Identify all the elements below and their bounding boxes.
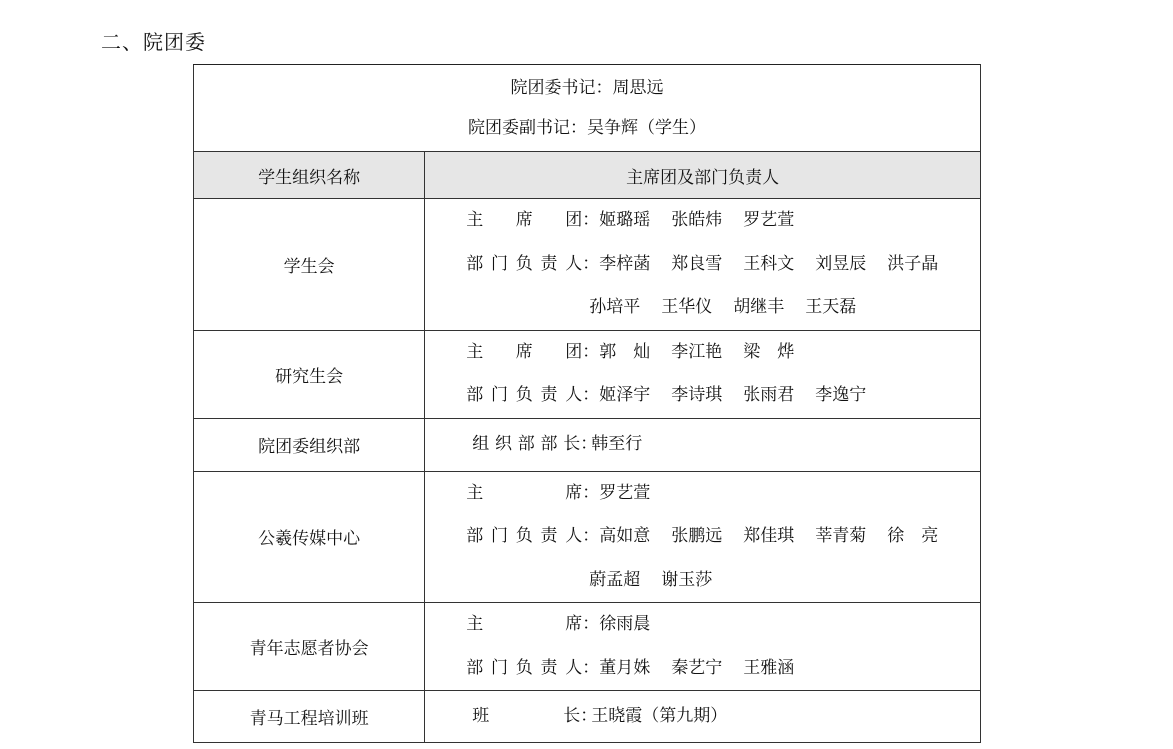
secretary-text: 院团委书记：周思远 [194, 65, 980, 108]
role-label: 班长 [472, 691, 580, 742]
role-label: 主席团 [466, 199, 582, 243]
leader-line-continued: 孙培平 王华仪 胡继丰 王天磊 [466, 286, 980, 330]
table-header-row: 学生组织名称 主席团及部门负责人 [194, 152, 981, 199]
person-name: 董月姝 [599, 647, 650, 691]
names-list: 董月姝 秦艺宁 王雅涵 [599, 647, 815, 691]
table-row: 青马工程培训班 班长： 王晓霞（第九期） [194, 691, 981, 743]
leader-line: 班长： 王晓霞（第九期） [466, 691, 980, 742]
org-name-cell: 研究生会 [194, 330, 425, 418]
table-row: 公羲传媒中心 主席： 罗艺萱 部门负责人： 高如意 张鹏远 郑佳琪 莘青菊 徐 … [194, 471, 981, 603]
leaders-cell: 主席： 徐雨晨 部门负责人： 董月姝 秦艺宁 王雅涵 [425, 603, 981, 691]
org-name-cell: 公羲传媒中心 [194, 471, 425, 603]
person-name: 张皓炜 [671, 199, 722, 243]
leaders-cell: 组织部部长： 韩至行 [425, 418, 981, 471]
leader-line: 组织部部长： 韩至行 [466, 419, 980, 470]
person-name: 刘昱辰 [815, 243, 866, 287]
person-name: 徐雨晨 [599, 603, 650, 647]
person-name: 莘青菊 [815, 515, 866, 559]
person-name: 孙培平 [589, 286, 640, 330]
person-name: 韩至行 [591, 419, 642, 470]
person-name: 李梓菡 [599, 243, 650, 287]
names-list: 徐雨晨 [599, 603, 671, 647]
person-name: 王雅涵 [743, 647, 794, 691]
leaders-cell: 主席团： 姬璐瑶 张皓炜 罗艺萱 部门负责人： 李梓菡 郑良雪 王科文 刘昱辰 … [425, 199, 981, 331]
person-name: 罗艺萱 [743, 199, 794, 243]
role-label: 部门负责人 [466, 647, 582, 691]
person-name: 姬璐瑶 [599, 199, 650, 243]
header-leaders: 主席团及部门负责人 [425, 152, 981, 199]
names-list: 韩至行 [591, 419, 663, 470]
person-name: 蔚孟超 [589, 559, 640, 603]
person-name: 张雨君 [743, 374, 794, 418]
leader-line-continued: 蔚孟超 谢玉莎 [466, 559, 980, 603]
leaders-cell: 主席： 罗艺萱 部门负责人： 高如意 张鹏远 郑佳琪 莘青菊 徐 亮 蔚孟超 [425, 471, 981, 603]
names-list: 罗艺萱 [599, 472, 671, 516]
person-name: 徐 亮 [887, 515, 938, 559]
person-name: 王科文 [743, 243, 794, 287]
table-row: 学生会 主席团： 姬璐瑶 张皓炜 罗艺萱 部门负责人： 李梓菡 郑良雪 王科文 … [194, 199, 981, 331]
org-name-cell: 青马工程培训班 [194, 691, 425, 743]
section-title: 二、院团委 [101, 28, 206, 56]
leaders-cell: 主席团： 郭 灿 李江艳 梁 烨 部门负责人： 姬泽宇 李诗琪 张雨君 李逸宁 [425, 330, 981, 418]
leader-line: 部门负责人： 李梓菡 郑良雪 王科文 刘昱辰 洪子晶 [466, 243, 980, 287]
person-name: 郑良雪 [671, 243, 722, 287]
person-name: 胡继丰 [733, 286, 784, 330]
person-name: 李江艳 [671, 331, 722, 375]
person-name: 谢玉莎 [661, 559, 712, 603]
role-label: 组织部部长 [472, 419, 580, 470]
names-list: 孙培平 王华仪 胡继丰 王天磊 [589, 286, 877, 330]
names-list: 姬璐瑶 张皓炜 罗艺萱 [599, 199, 815, 243]
person-name: 高如意 [599, 515, 650, 559]
org-table: 院团委书记：周思远 院团委副书记：吴争辉（学生） 学生组织名称 主席团及部门负责… [193, 64, 981, 743]
person-name: 姬泽宇 [599, 374, 650, 418]
role-label: 主席 [466, 603, 582, 647]
names-list: 高如意 张鹏远 郑佳琪 莘青菊 徐 亮 [599, 515, 959, 559]
role-label: 部门负责人 [466, 243, 582, 287]
person-name: 王天磊 [805, 286, 856, 330]
leader-line: 主席团： 姬璐瑶 张皓炜 罗艺萱 [466, 199, 980, 243]
person-name: 罗艺萱 [599, 472, 650, 516]
person-name: 郭 灿 [599, 331, 650, 375]
leader-line: 部门负责人： 姬泽宇 李诗琪 张雨君 李逸宁 [466, 374, 980, 418]
person-name: 李逸宁 [815, 374, 866, 418]
table-row: 青年志愿者协会 主席： 徐雨晨 部门负责人： 董月姝 秦艺宁 王雅涵 [194, 603, 981, 691]
leaders-cell: 班长： 王晓霞（第九期） [425, 691, 981, 743]
person-name: 梁 烨 [743, 331, 794, 375]
leader-line: 主席： 罗艺萱 [466, 472, 980, 516]
table-row: 研究生会 主席团： 郭 灿 李江艳 梁 烨 部门负责人： 姬泽宇 李诗琪 张雨君… [194, 330, 981, 418]
table-row: 院团委组织部 组织部部长： 韩至行 [194, 418, 981, 471]
person-name: 张鹏远 [671, 515, 722, 559]
person-name: 王华仪 [661, 286, 712, 330]
header-org-name: 学生组织名称 [194, 152, 425, 199]
person-name: 王晓霞（第九期） [591, 691, 727, 742]
role-label: 部门负责人 [466, 374, 582, 418]
names-list: 姬泽宇 李诗琪 张雨君 李逸宁 [599, 374, 887, 418]
names-list: 王晓霞（第九期） [591, 691, 748, 742]
leader-line: 部门负责人： 董月姝 秦艺宁 王雅涵 [466, 647, 980, 691]
org-name-cell: 院团委组织部 [194, 418, 425, 471]
leader-line: 部门负责人： 高如意 张鹏远 郑佳琪 莘青菊 徐 亮 [466, 515, 980, 559]
role-label: 部门负责人 [466, 515, 582, 559]
person-name: 李诗琪 [671, 374, 722, 418]
names-list: 李梓菡 郑良雪 王科文 刘昱辰 洪子晶 [599, 243, 959, 287]
names-list: 蔚孟超 谢玉莎 [589, 559, 733, 603]
names-list: 郭 灿 李江艳 梁 烨 [599, 331, 815, 375]
person-name: 洪子晶 [887, 243, 938, 287]
person-name: 秦艺宁 [671, 647, 722, 691]
leader-line: 主席团： 郭 灿 李江艳 梁 烨 [466, 331, 980, 375]
role-label: 主席 [466, 472, 582, 516]
person-name: 郑佳琪 [743, 515, 794, 559]
org-name-cell: 青年志愿者协会 [194, 603, 425, 691]
leader-line: 主席： 徐雨晨 [466, 603, 980, 647]
deputy-secretary-text: 院团委副书记：吴争辉（学生） [194, 108, 980, 151]
secretary-cell: 院团委书记：周思远 院团委副书记：吴争辉（学生） [194, 65, 981, 152]
org-name-cell: 学生会 [194, 199, 425, 331]
role-label: 主席团 [466, 331, 582, 375]
secretary-row: 院团委书记：周思远 院团委副书记：吴争辉（学生） [194, 65, 981, 152]
